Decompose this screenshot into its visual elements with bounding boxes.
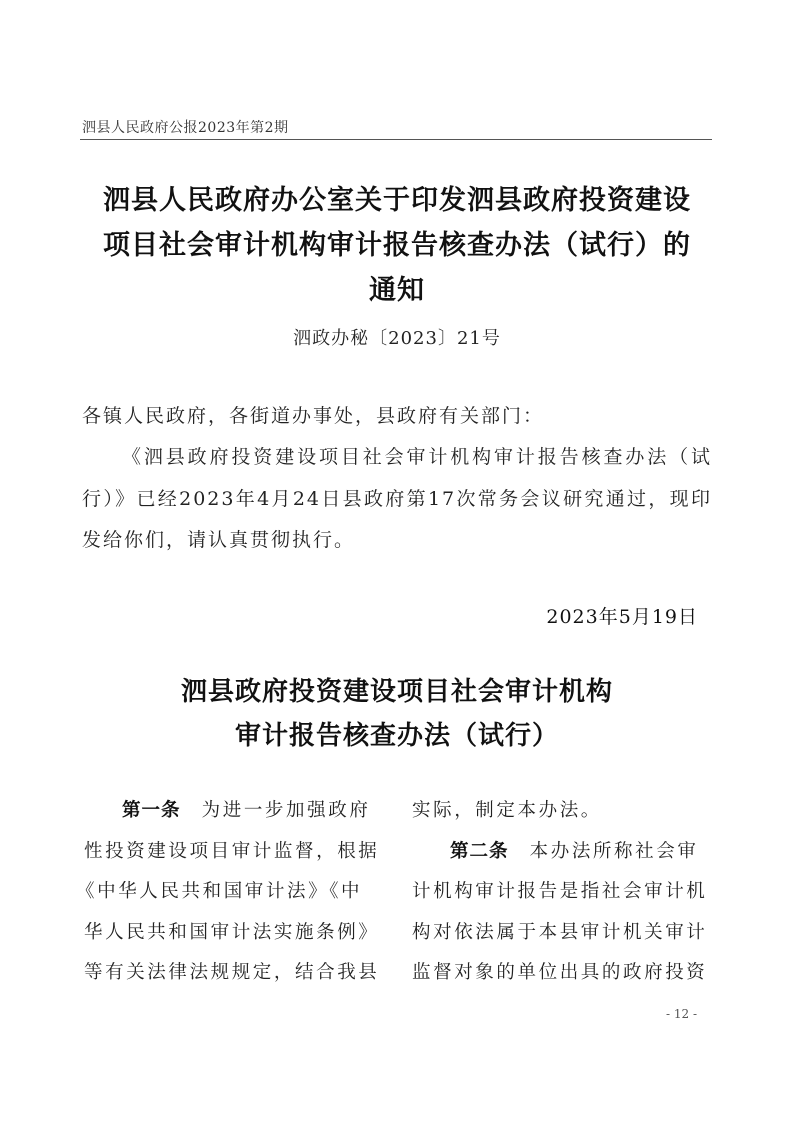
text-line: 计机构审计报告是指社会审计机 [412, 872, 712, 913]
notice-body: 《泗县政府投资建设项目社会审计机构审计报告核查办法（试行）》已经2023年4月2… [82, 437, 712, 562]
article-label: 第一条 [122, 800, 181, 821]
text-line: 构对依法属于本县审计机关审计 [412, 913, 712, 954]
notice-title-line: 泗县人民政府办公室关于印发泗县政府投资建设 [70, 178, 724, 223]
text-line: 《中华人民共和国审计法》《中 [76, 872, 384, 913]
text-line: 华人民共和国审计法实施条例》 [84, 913, 384, 954]
article-text: 为进一步加强政府 [202, 800, 371, 821]
header-rule [80, 139, 712, 140]
notice-title-line: 项目社会审计机构审计报告核查办法（试行）的 [70, 223, 724, 268]
regulation-title: 泗县政府投资建设项目社会审计机构 审计报告核查办法（试行） [0, 670, 794, 758]
text-line: 性投资建设项目审计监督，根据 [84, 832, 384, 873]
page-number: - 12 - [666, 1007, 697, 1021]
document-number: 泗政办秘〔2023〕21号 [0, 324, 794, 350]
signing-date: 2023年5月19日 [546, 602, 698, 629]
addressee: 各镇人民政府，各街道办事处，县政府有关部门： [82, 396, 712, 438]
article-1-first-line: 第一条 为进一步加强政府 [84, 791, 384, 832]
article-label: 第二条 [450, 841, 509, 862]
regulation-title-line: 审计报告核查办法（试行） [0, 714, 794, 758]
article-text: 本办法所称社会审 [530, 841, 699, 862]
running-header: 泗县人民政府公报2023年第2期 [82, 117, 289, 137]
text-line: 实际，制定本办法。 [412, 791, 712, 832]
article-2-first-line: 第二条 本办法所称社会审 [412, 832, 712, 873]
text-line: 等有关法律法规规定，结合我县 [84, 953, 384, 994]
right-column: 实际，制定本办法。 第二条 本办法所称社会审 计机构审计报告是指社会审计机 构对… [412, 791, 712, 994]
notice-title-line: 通知 [70, 268, 724, 313]
regulation-title-line: 泗县政府投资建设项目社会审计机构 [0, 670, 794, 714]
notice-title: 泗县人民政府办公室关于印发泗县政府投资建设 项目社会审计机构审计报告核查办法（试… [70, 178, 724, 313]
text-line: 监督对象的单位出具的政府投资 [412, 953, 712, 994]
left-column: 第一条 为进一步加强政府 性投资建设项目审计监督，根据 《中华人民共和国审计法》… [84, 791, 384, 994]
